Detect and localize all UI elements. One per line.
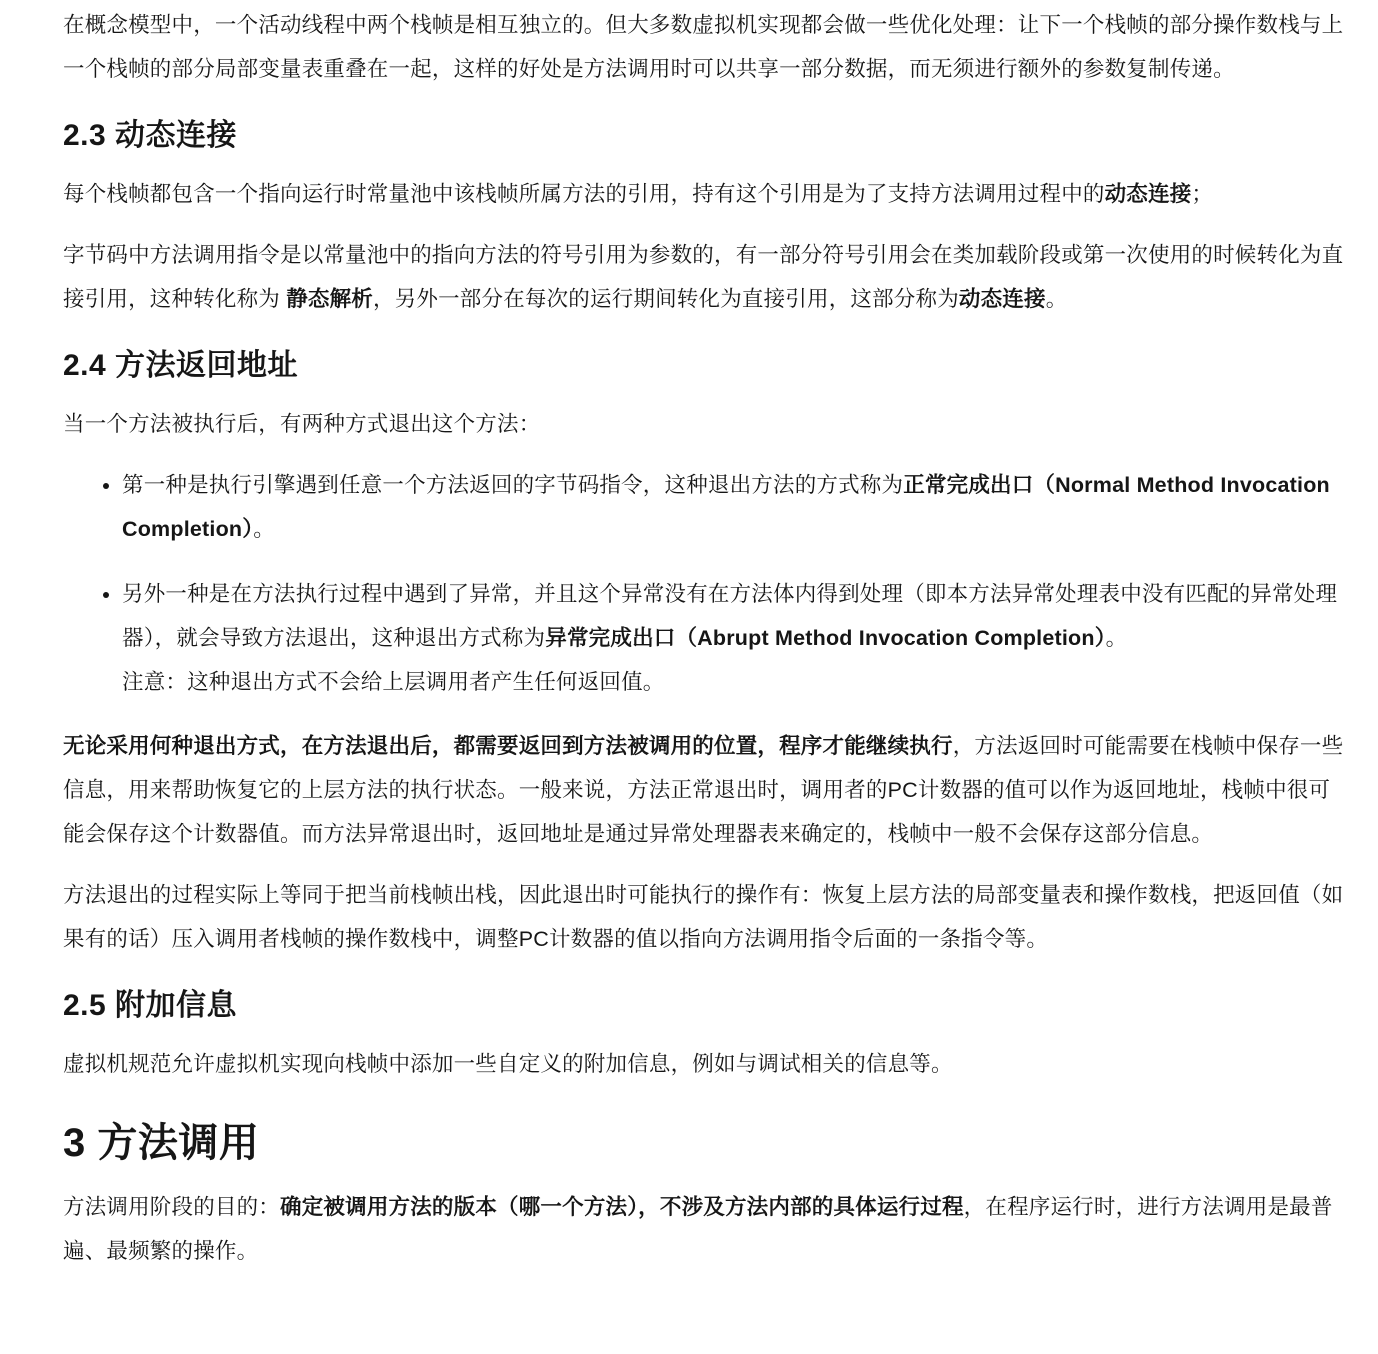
heading-2-3-dynamic-linking: 2.3 动态连接 [63,117,1351,155]
text-run: 在概念模型中，一个活动线程中两个栈帧是相互独立的。但大多数虚拟机实现都会做一些优… [63,13,1343,81]
method-exit-process-paragraph: 方法退出的过程实际上等同于把当前栈帧出栈，因此退出时可能执行的操作有：恢复上层方… [63,873,1351,961]
text-run: 当一个方法被执行后，有两种方式退出这个方法： [63,412,540,436]
bold-text-run: 动态连接 [1105,182,1192,206]
text-run: ； [1191,182,1213,206]
text-run: 第一种是执行引擎遇到任意一个方法返回的字节码指令，这种退出方法的方式称为 [122,473,903,497]
text-run: 2.5 附加信息 [63,989,237,1022]
text-run: 注意：这种退出方式不会给上层调用者产生任何返回值。 [122,670,665,694]
text-run: 2.4 方法返回地址 [63,349,298,382]
text-run: 虚拟机规范允许虚拟机实现向栈帧中添加一些自定义的附加信息，例如与调试相关的信息等… [63,1052,953,1076]
method-return-intro-paragraph: 当一个方法被执行后，有两种方式退出这个方法： [63,402,1351,446]
text-run: 方法退出的过程实际上等同于把当前栈帧出栈，因此退出时可能执行的操作有：恢复上层方… [63,883,1343,951]
dynamic-linking-paragraph-2: 字节码中方法调用指令是以常量池中的指向方法的符号引用为参数的，有一部分符号引用会… [63,233,1351,321]
intro-paragraph: 在概念模型中，一个活动线程中两个栈帧是相互独立的。但大多数虚拟机实现都会做一些优… [63,3,1351,91]
dynamic-linking-paragraph-1: 每个栈帧都包含一个指向运行时常量池中该栈帧所属方法的引用，持有这个引用是为了支持… [63,172,1351,216]
bold-text-run: 异常完成出口（Abrupt Method Invocation Completi… [545,626,1105,650]
list-item: 第一种是执行引擎遇到任意一个方法返回的字节码指令，这种退出方法的方式称为正常完成… [122,463,1351,551]
text-run: 。 [1046,287,1068,311]
bold-text-run: 确定被调用方法的版本（哪一个方法），不涉及方法内部的具体运行过程 [280,1195,964,1219]
method-exit-list: 第一种是执行引擎遇到任意一个方法返回的字节码指令，这种退出方法的方式称为正常完成… [63,463,1351,704]
heading-2-4-method-return-address: 2.4 方法返回地址 [63,347,1351,385]
text-run: ，另外一部分在每次的运行期间转化为直接引用，这部分称为 [373,287,959,311]
bold-text-run: 动态连接 [959,287,1046,311]
text-run: 2.3 动态连接 [63,119,237,152]
bold-text-run: 静态解析 [286,287,373,311]
method-invocation-paragraph: 方法调用阶段的目的：确定被调用方法的版本（哪一个方法），不涉及方法内部的具体运行… [63,1185,1351,1273]
return-position-paragraph: 无论采用何种退出方式，在方法退出后，都需要返回到方法被调用的位置，程序才能继续执… [63,724,1351,856]
heading-3-method-invocation: 3 方法调用 [63,1118,1351,1168]
list-item: 另外一种是在方法执行过程中遇到了异常，并且这个异常没有在方法体内得到处理（即本方… [122,572,1351,704]
text-run: 。 [1106,626,1128,650]
additional-info-paragraph: 虚拟机规范允许虚拟机实现向栈帧中添加一些自定义的附加信息，例如与调试相关的信息等… [63,1042,1351,1086]
bold-text-run: 无论采用何种退出方式，在方法退出后，都需要返回到方法被调用的位置，程序才能继续执… [63,734,953,758]
heading-2-5-additional-info: 2.5 附加信息 [63,987,1351,1025]
document-content: 在概念模型中，一个活动线程中两个栈帧是相互独立的。但大多数虚拟机实现都会做一些优… [0,0,1378,1330]
text-run: 每个栈帧都包含一个指向运行时常量池中该栈帧所属方法的引用，持有这个引用是为了支持… [63,182,1105,206]
text-run: 3 方法调用 [63,1121,259,1165]
text-run: 方法调用阶段的目的： [63,1195,280,1219]
text-run: 。 [253,517,275,541]
